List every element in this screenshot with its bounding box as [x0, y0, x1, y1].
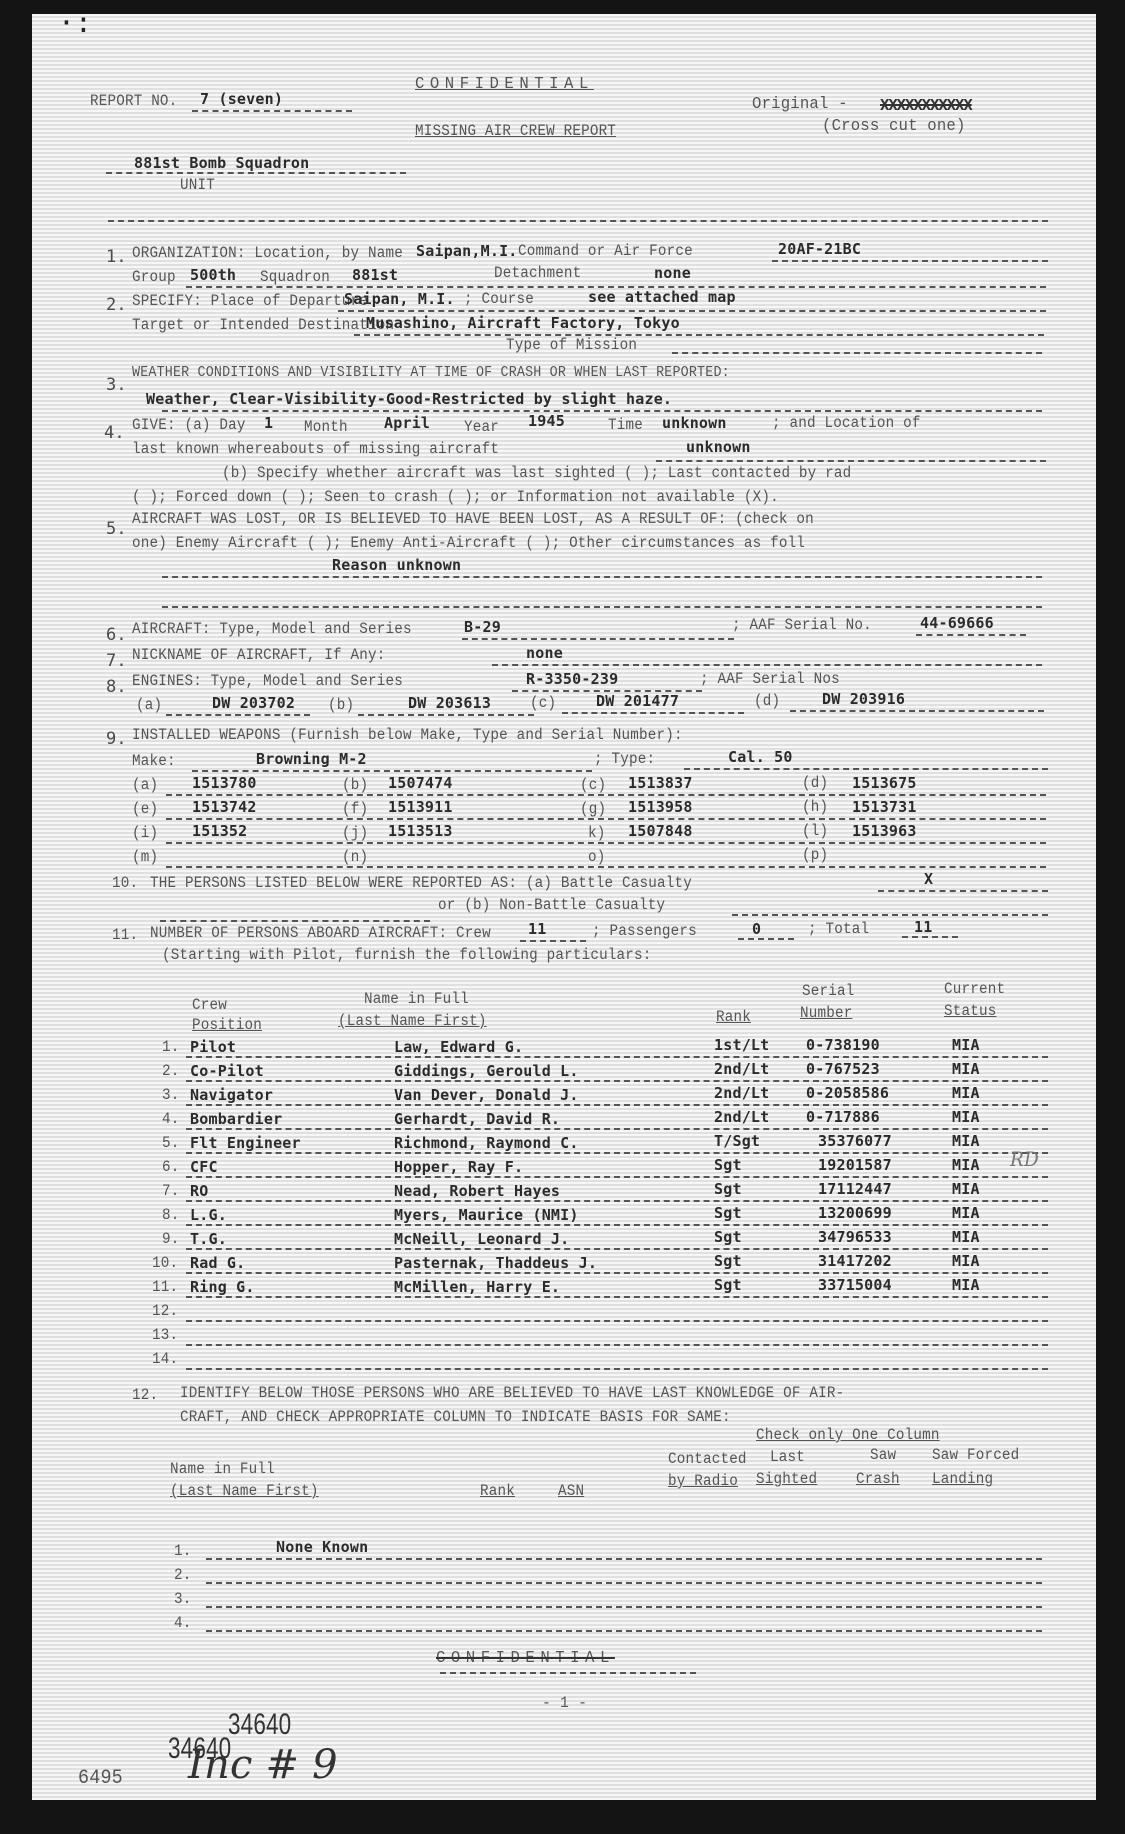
crew-serial: 17112447: [818, 1180, 892, 1198]
item-number: 4.: [104, 424, 125, 442]
departure-underline: [338, 310, 1046, 312]
whereabouts-underline: [656, 460, 1046, 462]
crew-rank: 2nd/Lt: [714, 1084, 769, 1102]
crew-name: Giddings, Gerould L.: [394, 1062, 579, 1080]
crew-serial: 19201587: [818, 1156, 892, 1174]
command-value: 20AF-21BC: [778, 240, 861, 258]
weapon-key: (d): [802, 774, 828, 792]
weapon-serial: 1513731: [852, 798, 917, 816]
squadron-value: 881st: [352, 266, 398, 284]
row-number: 10.: [152, 1254, 178, 1272]
weapons-type-value: Cal. 50: [728, 748, 793, 766]
row-underline: [186, 1224, 1048, 1226]
group-value: 500th: [190, 266, 236, 284]
detachment-value: none: [654, 264, 691, 282]
col-header-serial: Number: [800, 1004, 852, 1022]
crew-position: Navigator: [190, 1086, 273, 1104]
month-value: April: [384, 414, 430, 432]
weapon-key: (b): [342, 776, 368, 794]
aircraft-type-label: AIRCRAFT: Type, Model and Series: [132, 620, 412, 638]
col-header-rank: Rank: [480, 1482, 515, 1500]
weapon-key: (a): [132, 776, 158, 794]
battle-casualty-value: X: [924, 870, 933, 888]
crew-position: RO: [190, 1182, 208, 1200]
crew-position: Ring G.: [190, 1278, 255, 1296]
time-value: unknown: [662, 414, 727, 432]
weapon-row-underline: [166, 794, 1046, 796]
row-number: 4.: [162, 1110, 179, 1128]
crew-status: MIA: [952, 1228, 980, 1246]
reason-underline: [162, 576, 1042, 578]
weapon-key: (m): [132, 848, 158, 866]
crew-count-underline: [520, 940, 586, 942]
col-header-sighted: Sighted: [756, 1470, 817, 1488]
crew-name: McNeill, Leonard J.: [394, 1230, 569, 1248]
weapon-key: (c): [580, 776, 606, 794]
item-number: 8.: [106, 678, 127, 696]
col-header-position: Crew: [192, 996, 227, 1014]
battle-casualty-underline: [878, 890, 1048, 892]
last-knowledge-label: IDENTIFY BELOW THOSE PERSONS WHO ARE BEL…: [180, 1384, 844, 1402]
crew-serial: 33715004: [818, 1276, 892, 1294]
nickname-underline: [492, 664, 1042, 666]
crew-status: MIA: [952, 1132, 980, 1150]
col-header-forced: Saw Forced: [932, 1446, 1019, 1464]
report-no-label: REPORT NO.: [90, 92, 177, 110]
col-header-radio: Contacted: [668, 1450, 747, 1468]
row-number: 11.: [152, 1278, 178, 1296]
classification-footer-underline: [440, 1672, 696, 1674]
row-number: 8.: [162, 1206, 179, 1224]
reason-underline-2: [162, 606, 1042, 608]
aircraft-serial-underline: [916, 634, 1026, 636]
weapon-key: (p): [802, 846, 828, 864]
crew-status: MIA: [952, 1060, 980, 1078]
crew-position: Rad G.: [190, 1254, 245, 1272]
col-header-radio: by Radio: [668, 1472, 738, 1490]
target-value: Musashino, Aircraft Factory, Tokyo: [366, 314, 680, 332]
weapons-type-underline: [684, 768, 1048, 770]
row-underline: [186, 1296, 1048, 1298]
crew-rank: Sgt: [714, 1156, 742, 1174]
squadron-label: Squadron: [260, 268, 330, 286]
col-header-crash: Saw: [870, 1446, 896, 1464]
weapon-key: k): [588, 824, 605, 842]
col-header-forced: Landing: [932, 1470, 993, 1488]
weapon-key: o): [588, 848, 605, 866]
crew-name: Richmond, Raymond C.: [394, 1134, 579, 1152]
crew-serial: 0-2058586: [806, 1084, 889, 1102]
time-label: Time: [608, 416, 643, 434]
month-label: Month: [304, 418, 348, 436]
crew-name: McMillen, Harry E.: [394, 1278, 560, 1296]
crew-count-value: 11: [528, 920, 546, 938]
row-number: 4.: [174, 1614, 191, 1632]
passengers-value: 0: [752, 920, 761, 938]
row-underline: [186, 1248, 1048, 1250]
organization-label: ORGANIZATION: Location, by Name: [132, 244, 403, 262]
aircraft-type-underline: [462, 638, 734, 640]
detachment-label: Detachment: [494, 264, 581, 282]
item-number: 6.: [106, 626, 127, 644]
document-page: ·: REPORT NO. 7 (seven) CONFIDENTIAL MIS…: [32, 14, 1096, 1800]
row-underline: [206, 1558, 1042, 1560]
weapon-key: (g): [580, 800, 606, 818]
crew-serial: 0-717886: [806, 1108, 880, 1126]
course-value: see attached map: [588, 288, 736, 306]
col-header-serial: Serial: [802, 982, 854, 1000]
weapon-key: (j): [342, 824, 368, 842]
reason-value: Reason unknown: [332, 556, 461, 574]
day-label: GIVE: (a) Day: [132, 416, 246, 434]
row-number: 13.: [152, 1326, 178, 1344]
engine-serial: DW 201477: [596, 692, 679, 710]
col-header-status: Status: [944, 1002, 996, 1020]
engines-label: ENGINES: Type, Model and Series: [132, 672, 403, 690]
col-header-name: Name in Full: [364, 990, 469, 1008]
mission-label: Type of Mission: [506, 336, 637, 354]
crew-status: MIA: [952, 1276, 980, 1294]
command-label: Command or Air Force: [518, 242, 693, 260]
row-number: 7.: [162, 1182, 179, 1200]
persons-aboard-label: NUMBER OF PERSONS ABOARD AIRCRAFT: Crew: [150, 924, 491, 942]
knowledge-person-name: None Known: [276, 1538, 368, 1556]
weapon-key: (l): [802, 822, 828, 840]
row-underline: [186, 1200, 1048, 1202]
total-value: 11: [914, 918, 932, 936]
crew-rank: T/Sgt: [714, 1132, 760, 1150]
departure-value: Saipan, M.I.: [344, 290, 455, 308]
row-underline: [186, 1176, 1048, 1178]
nickname-label: NICKNAME OF AIRCRAFT, If Any:: [132, 646, 386, 664]
row-underline: [186, 1368, 1048, 1370]
crew-status: MIA: [952, 1204, 980, 1222]
row-number: 2.: [174, 1566, 191, 1584]
archive-stamp: 34640: [228, 1716, 291, 1734]
aircraft-serial-label: ; AAF Serial No.: [732, 616, 872, 634]
departure-label: SPECIFY: Place of Departure: [132, 292, 368, 310]
engine-underline: [166, 714, 310, 716]
header-divider: [108, 220, 1048, 222]
crew-position: Flt Engineer: [190, 1134, 301, 1152]
nonbattle-casualty-underline: [732, 914, 1048, 916]
weather-underline: [162, 410, 1042, 412]
engine-serial: DW 203702: [212, 694, 295, 712]
weapon-serial: 151352: [192, 822, 247, 840]
engine-underline: [790, 710, 1044, 712]
engine-key: (d): [754, 692, 780, 710]
weapon-key: (i): [132, 824, 158, 842]
location-value: Saipan,M.I.: [416, 242, 518, 260]
check-one-column-note: Check only One Column: [756, 1426, 940, 1444]
cross-out-note: (Cross cut one): [822, 118, 966, 136]
row-underline: [206, 1606, 1042, 1608]
row-number: 3.: [162, 1086, 179, 1104]
crew-status: MIA: [952, 1036, 980, 1054]
unit-underline: [106, 172, 406, 174]
weapons-label: INSTALLED WEAPONS (Furnish below Make, T…: [132, 726, 683, 744]
crew-rank: Sgt: [714, 1228, 742, 1246]
weapon-serial: 1513963: [852, 822, 917, 840]
unit-label: UNIT: [180, 176, 215, 194]
row-underline: [186, 1104, 1048, 1106]
weapon-row-underline: [166, 866, 1046, 868]
mission-underline: [672, 352, 1042, 354]
col-header-name: Name in Full: [170, 1460, 275, 1478]
report-no-value: 7 (seven): [200, 90, 283, 108]
row-number: 1.: [162, 1038, 179, 1056]
whereabouts-label: last known whereabouts of missing aircra…: [132, 440, 499, 458]
whereabouts-value: unknown: [686, 438, 751, 456]
engine-key: (c): [530, 694, 556, 712]
crew-position: Bombardier: [190, 1110, 282, 1128]
page-number: - 1 -: [542, 1694, 587, 1712]
crew-rank: 2nd/Lt: [714, 1060, 769, 1078]
col-header-position: Position: [192, 1016, 262, 1034]
col-header-rank: Rank: [716, 1008, 751, 1026]
item-number: 5.: [106, 520, 127, 538]
row-underline: [186, 1272, 1048, 1274]
row-underline: [206, 1630, 1042, 1632]
engines-serial-label: ; AAF Serial Nos: [700, 670, 840, 688]
course-label: ; Course: [464, 290, 534, 308]
nickname-value: none: [526, 644, 563, 662]
crew-rank: Sgt: [714, 1180, 742, 1198]
forced-down-options: ( ); Forced down ( ); Seen to crash ( );…: [132, 488, 779, 506]
hole-punch-marks: ·:: [58, 14, 92, 32]
item-number: 3.: [106, 376, 127, 394]
weapon-serial: 1513780: [192, 774, 257, 792]
casualty-label: THE PERSONS LISTED BELOW WERE REPORTED A…: [150, 874, 692, 892]
col-header-name: (Last Name First): [170, 1482, 319, 1500]
target-label: Target or Intended Destination: [132, 316, 394, 334]
weather-value: Weather, Clear-Visibility-Good-Restricte…: [146, 390, 672, 408]
weather-label: WEATHER CONDITIONS AND VISIBILITY AT TIM…: [132, 364, 730, 382]
form-title: MISSING AIR CREW REPORT: [415, 122, 616, 140]
item-number: 7.: [106, 652, 127, 670]
crew-position: Pilot: [190, 1038, 236, 1056]
crew-rank: Sgt: [714, 1276, 742, 1294]
weapon-key: (f): [342, 800, 368, 818]
margin-annotation: RD: [1010, 1150, 1039, 1168]
engine-key: (a): [136, 696, 162, 714]
row-number: 3.: [174, 1590, 191, 1608]
weapons-make-label: Make:: [132, 752, 176, 770]
crew-serial: 31417202: [818, 1252, 892, 1270]
target-underline: [354, 334, 1044, 336]
crew-serial: 0-767523: [806, 1060, 880, 1078]
report-no-underline: [192, 110, 352, 112]
classification-footer-struck: CONFIDENTIAL: [436, 1650, 615, 1668]
year-label: Year: [464, 418, 499, 436]
crew-position: CFC: [190, 1158, 218, 1176]
col-header-sighted: Last: [770, 1448, 805, 1466]
col-header-name: (Last Name First): [338, 1012, 487, 1030]
col-header-asn: ASN: [558, 1482, 584, 1500]
crew-status: MIA: [952, 1084, 980, 1102]
col-header-status: Current: [944, 980, 1005, 998]
engine-underline: [562, 712, 744, 714]
circumstances-options: one) Enemy Aircraft ( ); Enemy Anti-Airc…: [132, 534, 805, 552]
weapon-key: (h): [802, 798, 828, 816]
row-underline: [186, 1320, 1048, 1322]
row-number: 1.: [174, 1542, 191, 1560]
weapons-make-value: Browning M-2: [256, 750, 367, 768]
item-number: 11.: [112, 926, 138, 944]
row-underline: [206, 1582, 1042, 1584]
crew-status: MIA: [952, 1180, 980, 1198]
weapon-serial: 1507474: [388, 774, 453, 792]
row-underline: [186, 1128, 1048, 1130]
item-number: 9.: [106, 730, 127, 748]
unit-value: 881st Bomb Squadron: [134, 154, 309, 172]
crew-name: Hopper, Ray F.: [394, 1158, 523, 1176]
item-number: 10.: [112, 874, 138, 892]
crew-rank: 1st/Lt: [714, 1036, 769, 1054]
crew-position: L.G.: [190, 1206, 227, 1224]
item10-underline: [160, 920, 430, 922]
engine-key: (b): [328, 696, 354, 714]
handwritten-annotation: Inc # 9: [188, 1756, 338, 1774]
location-of-label: ; and Location of: [772, 414, 921, 432]
aircraft-serial-value: 44-69666: [920, 614, 994, 632]
command-underline: [772, 260, 1048, 262]
crew-serial: 0-738190: [806, 1036, 880, 1054]
classification-header: CONFIDENTIAL: [415, 76, 594, 94]
crew-serial: 34796533: [818, 1228, 892, 1246]
weapon-row-underline: [166, 842, 1046, 844]
crew-rank: Sgt: [714, 1252, 742, 1270]
file-number: 6495: [78, 1770, 123, 1788]
crew-name: Nead, Robert Hayes: [394, 1182, 560, 1200]
crew-position: Co-Pilot: [190, 1062, 264, 1080]
row-number: 5.: [162, 1134, 179, 1152]
crew-rank: Sgt: [714, 1204, 742, 1222]
row-number: 9.: [162, 1230, 179, 1248]
engine-serial: DW 203613: [408, 694, 491, 712]
crew-name: Pasternak, Thaddeus J.: [394, 1254, 597, 1272]
crew-serial: 13200699: [818, 1204, 892, 1222]
lost-result-label: AIRCRAFT WAS LOST, OR IS BELIEVED TO HAV…: [132, 510, 814, 528]
row-underline: [186, 1080, 1048, 1082]
weapon-serial: 1507848: [628, 822, 693, 840]
last-knowledge-label-2: CRAFT, AND CHECK APPROPRIATE COLUMN TO I…: [180, 1408, 731, 1426]
col-header-crash: Crash: [856, 1470, 900, 1488]
day-value: 1: [264, 414, 273, 432]
weapon-serial: 1513742: [192, 798, 257, 816]
original-struck-value: XXXXXXXXXXX: [880, 96, 972, 114]
row-number: 6.: [162, 1158, 179, 1176]
passengers-underline: [738, 938, 794, 940]
weapon-key: (n): [342, 848, 368, 866]
weapon-serial: 1513675: [852, 774, 917, 792]
crew-name: Myers, Maurice (NMI): [394, 1206, 579, 1224]
aircraft-type-value: B-29: [464, 618, 501, 636]
row-number: 12.: [152, 1302, 178, 1320]
crew-serial: 35376077: [818, 1132, 892, 1150]
weapon-serial: 1513911: [388, 798, 453, 816]
passengers-label: ; Passengers: [592, 922, 697, 940]
nonbattle-casualty-label: or (b) Non-Battle Casualty: [438, 896, 665, 914]
engine-serial: DW 203916: [822, 690, 905, 708]
crew-name: Law, Edward G.: [394, 1038, 523, 1056]
crew-status: MIA: [952, 1252, 980, 1270]
weapons-make-underline: [192, 770, 592, 772]
crew-status: MIA: [952, 1156, 980, 1174]
crew-instruction: (Starting with Pilot, furnish the follow…: [162, 946, 652, 964]
row-number: 14.: [152, 1350, 178, 1368]
engine-underline: [358, 714, 534, 716]
weapon-row-underline: [166, 818, 1046, 820]
row-underline: [186, 1152, 1048, 1154]
weapons-type-label: ; Type:: [594, 750, 655, 768]
total-label: ; Total: [808, 920, 869, 938]
group-label: Group: [132, 268, 176, 286]
row-underline: [186, 1056, 1048, 1058]
weapon-serial: 1513513: [388, 822, 453, 840]
row-underline: [186, 1344, 1048, 1346]
weapon-serial: 1513837: [628, 774, 693, 792]
row-number: 2.: [162, 1062, 179, 1080]
weapon-serial: 1513958: [628, 798, 693, 816]
crew-name: Van Dever, Donald J.: [394, 1086, 579, 1104]
item-number: 12.: [132, 1386, 158, 1404]
last-sighted-options: (b) Specify whether aircraft was last si…: [222, 464, 851, 482]
item-number: 1.: [106, 248, 127, 266]
total-underline: [902, 936, 958, 938]
year-value: 1945: [528, 412, 565, 430]
crew-name: Gerhardt, David R.: [394, 1110, 560, 1128]
item-number: 2.: [106, 296, 127, 314]
crew-rank: 2nd/Lt: [714, 1108, 769, 1126]
crew-position: T.G.: [190, 1230, 227, 1248]
crew-status: MIA: [952, 1108, 980, 1126]
weapon-key: (e): [132, 800, 158, 818]
engines-type-value: R-3350-239: [526, 670, 618, 688]
original-label: Original -: [752, 96, 848, 114]
